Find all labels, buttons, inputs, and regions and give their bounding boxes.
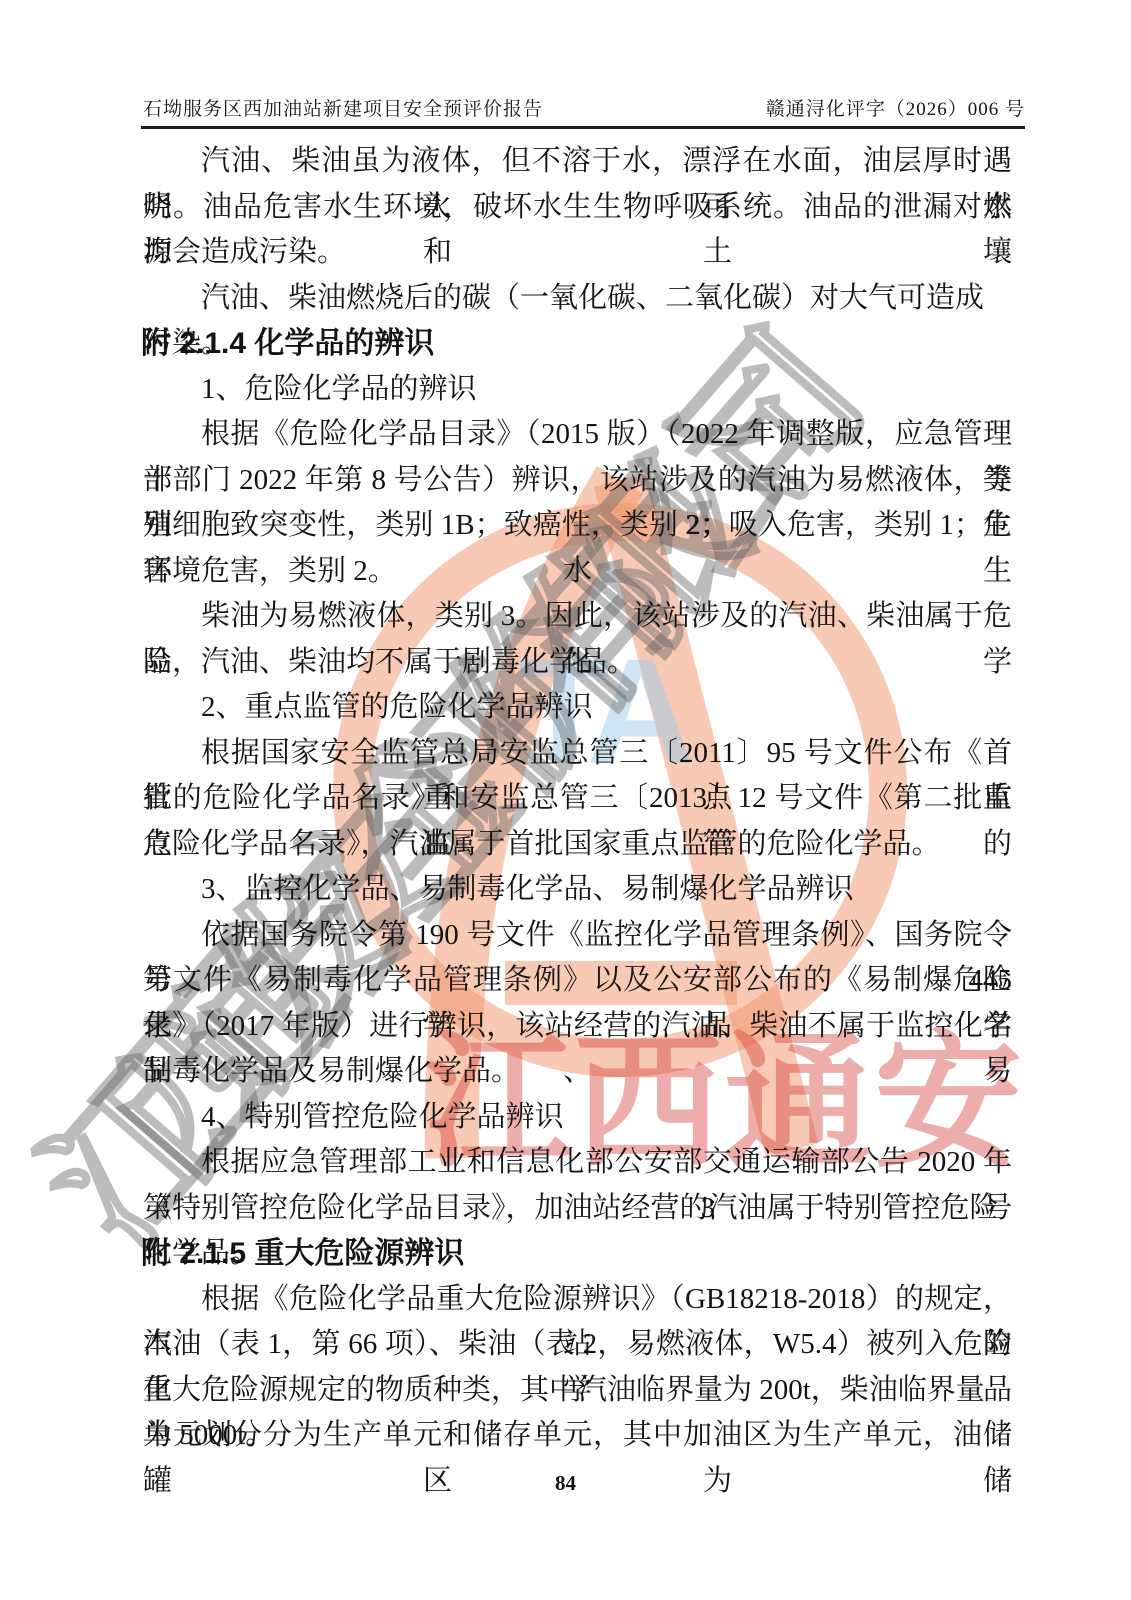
document-page: TA 江西通发安全评价有限公司 江西通安 石坳服务区西加油站新建项目安全预评价报… — [0, 0, 1131, 1600]
text-line: 殖细胞致突变性，类别 1B；致癌性，类别 2；吸入危害，类别 1；危害水生 — [143, 503, 1012, 549]
text-line: 汽油、柴油虽为液体，但不溶于水，漂浮在水面，油层厚时遇明火可燃 — [143, 139, 1012, 185]
text-line: 根据《危险化学品重大危险源辨识》（GB18218-2018）的规定，本站的 — [143, 1277, 1012, 1323]
text-line: 危险化学品名录》，汽油属于首批国家重点监管的危险化学品。 — [143, 822, 1012, 868]
text-line: 根据《危险化学品目录》（2015 版）（2022 年调整版，应急管理部等 — [143, 412, 1012, 458]
text-line: 《特别管控危险化学品目录》，加油站经营的汽油属于特别管控危险化学品。 — [143, 1186, 1012, 1232]
text-line: 3、监控化学品、易制毒化学品、易制爆化学品辨识 — [143, 867, 1012, 913]
header-document-number: 赣通浔化评字（2026）006 号 — [766, 94, 1025, 121]
text-line: 重大危险源规定的物质种类，其中汽油临界量为 200t，柴油临界量为 5000t。 — [143, 1368, 1012, 1414]
text-line: 根据国家安全监管总局安监总管三〔2011〕95 号文件公布《首批重点监 — [143, 731, 1012, 777]
text-line: 1、危险化学品的辨识 — [143, 367, 1012, 413]
text-line: 录》（2017 年版）进行辨识，该站经营的汽油、柴油不属于监控化学品、易 — [143, 1004, 1012, 1050]
text-line: 依据国务院令第 190 号文件《监控化学品管理条例》、国务院令第 445 — [143, 913, 1012, 959]
text-line: 附 2.1.4 化学品的辨识 — [141, 321, 1012, 367]
header-rule — [141, 126, 1025, 129]
text-line: 4、特别管控危险化学品辨识 — [143, 1095, 1012, 1141]
text-line: 管的危险化学品名录》和安监总管三〔2013〕12 号文件《第二批重点监管的 — [143, 776, 1012, 822]
text-line: 汽油、柴油燃烧后的碳（一氧化碳、二氧化碳）对大气可造成污染。 — [143, 276, 1012, 322]
header-report-title: 石坳服务区西加油站新建项目安全预评价报告 — [143, 94, 543, 121]
text-line: 2、重点监管的危险化学品辨识 — [143, 685, 1012, 731]
text-line: 附 2.1.5 重大危险源辨识 — [141, 1231, 1012, 1277]
page-number: 84 — [0, 1471, 1131, 1496]
text-line: 柴油为易燃液体，类别 3。因此，该站涉及的汽油、柴油属于危险化学 — [143, 594, 1012, 640]
text-line: 单元划分分为生产单元和储存单元，其中加油区为生产单元，油储罐区为储 — [143, 1413, 1012, 1459]
text-line: 号文件《易制毒化学品管理条例》以及公安部公布的《易制爆危险化学品名 — [143, 958, 1012, 1004]
text-line: 根据应急管理部工业和信息化部公安部交通运输部公告 2020 年第 3 号 — [143, 1140, 1012, 1186]
text-line: 汽油（表 1，第 66 项）、柴油（表 2，易燃液体，W5.4）被列入危险化学品 — [143, 1322, 1012, 1368]
text-line: 烧。油品危害水生环境，破坏水生生物呼吸系统。油品的泄漏对水源和土壤 — [143, 185, 1012, 231]
text-line: 十部门 2022 年第 8 号公告）辨识，该站涉及的汽油为易燃液体，类别 2；生 — [143, 458, 1012, 504]
document-body: 汽油、柴油虽为液体，但不溶于水，漂浮在水面，油层厚时遇明火可燃烧。油品危害水生环… — [143, 139, 1012, 1459]
